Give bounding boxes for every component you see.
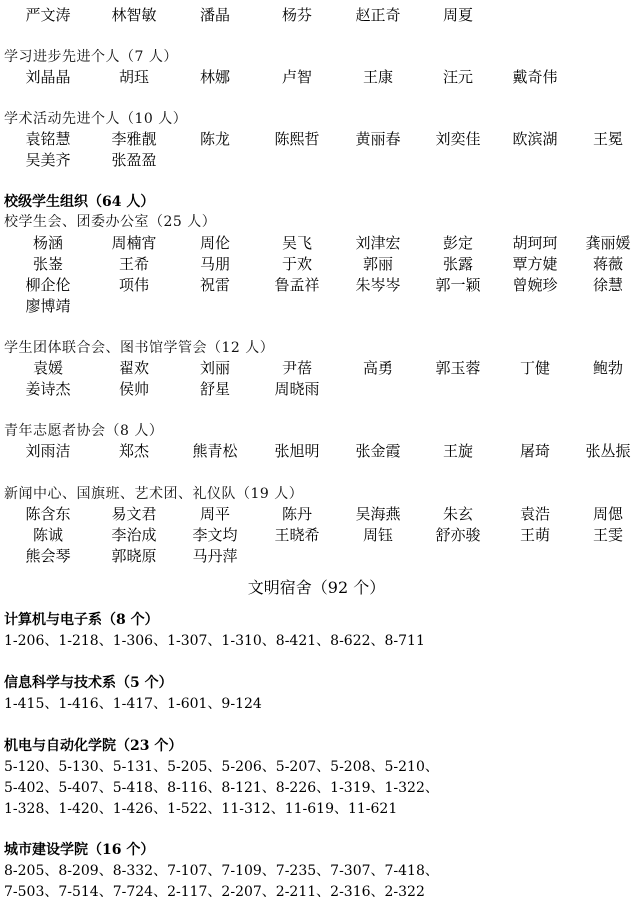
person-name: 林娜 (175, 67, 255, 87)
subsection-union: 校学生会、团委办公室（25 人） (4, 213, 216, 231)
person-name: 李雅靓 (94, 129, 174, 149)
person-name: 徐慧 (568, 275, 633, 295)
person-name: 高勇 (338, 358, 418, 378)
person-name: 姜诗杰 (8, 379, 88, 399)
dorm-room-list: 5-402、5-407、5-418、8-116、8-121、8-226、1-31… (4, 778, 439, 798)
person-name: 黄丽春 (338, 129, 418, 149)
person-name: 严文涛 (8, 5, 88, 25)
dorm-room-list: 1-415、1-416、1-417、1-601、9-124 (4, 694, 262, 714)
section-title-academic: 学术活动先进个人（10 人） (4, 110, 187, 128)
person-name: 舒星 (175, 379, 255, 399)
person-name: 张丛振 (568, 441, 633, 461)
person-name: 屠琦 (495, 441, 575, 461)
person-name: 郭一颖 (418, 275, 498, 295)
person-name: 刘丽 (175, 358, 255, 378)
person-name: 胡珂珂 (495, 233, 575, 253)
person-name: 潘晶 (175, 5, 255, 25)
person-name: 王旋 (418, 441, 498, 461)
person-name: 舒亦骏 (418, 525, 498, 545)
person-name: 郑杰 (94, 441, 174, 461)
person-name: 朱玄 (418, 504, 498, 524)
section-title-dorms: 文明宿舍（92 个） (0, 578, 633, 598)
person-name: 王康 (338, 67, 418, 87)
person-name: 周晓雨 (257, 379, 337, 399)
person-name: 熊会琴 (8, 546, 88, 566)
person-name: 卢智 (257, 67, 337, 87)
person-name: 周楠宵 (94, 233, 174, 253)
person-name: 吴飞 (257, 233, 337, 253)
dorm-room-list: 1-206、1-218、1-306、1-307、1-310、8-421、8-62… (4, 631, 425, 651)
person-name: 彭定 (418, 233, 498, 253)
person-name: 张旭明 (257, 441, 337, 461)
dorm-group-title: 城市建设学院（16 个） (4, 841, 154, 859)
name-row: 张崟王希马朋于欢郭丽张露覃方婕蒋薇 (0, 254, 633, 274)
name-row: 杨涵周楠宵周伦吴飞刘津宏彭定胡珂珂龚丽媛 (0, 233, 633, 253)
person-name: 朱岑岑 (338, 275, 418, 295)
person-name: 周偲 (568, 504, 633, 524)
person-name: 刘津宏 (338, 233, 418, 253)
name-row: 陈含东易文君周平陈丹吴海燕朱玄袁浩周偲 (0, 504, 633, 524)
dorm-room-list: 7-503、7-514、7-724、2-117、2-207、2-211、2-31… (4, 882, 425, 902)
person-name: 袁铭慧 (8, 129, 88, 149)
name-row: 姜诗杰侯帅舒星周晓雨 (0, 379, 633, 399)
person-name: 吴美齐 (8, 150, 88, 170)
name-row: 刘雨洁郑杰熊青松张旭明张金霞王旋屠琦张丛振 (0, 441, 633, 461)
person-name: 侯帅 (94, 379, 174, 399)
person-name: 周钰 (338, 525, 418, 545)
person-name: 吴海燕 (338, 504, 418, 524)
person-name: 李文均 (175, 525, 255, 545)
person-name: 柳企伦 (8, 275, 88, 295)
person-name: 陈丹 (257, 504, 337, 524)
person-name: 易文君 (94, 504, 174, 524)
person-name: 刘晶晶 (8, 67, 88, 87)
person-name: 郭丽 (338, 254, 418, 274)
person-name: 刘奕佳 (418, 129, 498, 149)
person-name: 林智敏 (94, 5, 174, 25)
person-name: 陈熙哲 (257, 129, 337, 149)
person-name: 丁健 (495, 358, 575, 378)
person-name: 赵正奇 (338, 5, 418, 25)
person-name: 鲁孟祥 (257, 275, 337, 295)
person-name: 王雯 (568, 525, 633, 545)
person-name: 覃方婕 (495, 254, 575, 274)
person-name: 张露 (418, 254, 498, 274)
person-name: 杨芬 (257, 5, 337, 25)
person-name: 戴奇伟 (495, 67, 575, 87)
person-name: 王冕 (568, 129, 633, 149)
person-name: 于欢 (257, 254, 337, 274)
name-row: 袁铭慧李雅靓陈龙陈熙哲黄丽春刘奕佳欧滨湖王冕 (0, 129, 633, 149)
dorm-room-list: 8-205、8-209、8-332、7-107、7-109、7-235、7-30… (4, 861, 439, 881)
subsection-volunteers: 青年志愿者协会（8 人） (4, 422, 163, 440)
person-name: 袁浩 (495, 504, 575, 524)
person-name: 祝雷 (175, 275, 255, 295)
person-name: 马朋 (175, 254, 255, 274)
person-name: 王萌 (495, 525, 575, 545)
name-row: 刘晶晶胡珏林娜卢智王康汪元戴奇伟 (0, 67, 633, 87)
person-name: 王晓希 (257, 525, 337, 545)
person-name: 袁媛 (8, 358, 88, 378)
person-name: 周伦 (175, 233, 255, 253)
name-row: 柳企伦项伟祝雷鲁孟祥朱岑岑郭一颖曾婉珍徐慧 (0, 275, 633, 295)
dorm-group-title: 机电与自动化学院（23 个） (4, 737, 182, 755)
person-name: 杨涵 (8, 233, 88, 253)
person-name: 曾婉珍 (495, 275, 575, 295)
person-name: 张崟 (8, 254, 88, 274)
section-title-study-progress: 学习进步先进个人（7 人） (4, 48, 178, 66)
subsection-news: 新闻中心、国旗班、艺术团、礼仪队（19 人） (4, 485, 303, 503)
name-row: 吴美齐张盈盈 (0, 150, 633, 170)
person-name: 鲍勃 (568, 358, 633, 378)
name-row: 陈诚李治成李文均王晓希周钰舒亦骏王萌王雯 (0, 525, 633, 545)
person-name: 龚丽媛 (568, 233, 633, 253)
person-name: 陈含东 (8, 504, 88, 524)
person-name: 张盈盈 (94, 150, 174, 170)
dorm-group-title: 信息科学与技术系（5 个） (4, 674, 173, 692)
person-name: 马丹萍 (175, 546, 255, 566)
person-name: 张金霞 (338, 441, 418, 461)
name-row: 袁媛翟欢刘丽尹蓓高勇郭玉蓉丁健鲍勃 (0, 358, 633, 378)
person-name: 陈诚 (8, 525, 88, 545)
person-name: 王希 (94, 254, 174, 274)
person-name: 欧滨湖 (495, 129, 575, 149)
dorm-room-list: 5-120、5-130、5-131、5-205、5-206、5-207、5-20… (4, 757, 439, 777)
name-row: 熊会琴郭晓原马丹萍 (0, 546, 633, 566)
person-name: 汪元 (418, 67, 498, 87)
person-name: 郭玉蓉 (418, 358, 498, 378)
person-name: 刘雨洁 (8, 441, 88, 461)
person-name: 翟欢 (94, 358, 174, 378)
person-name: 郭晓原 (94, 546, 174, 566)
person-name: 胡珏 (94, 67, 174, 87)
person-name: 陈龙 (175, 129, 255, 149)
person-name: 项伟 (94, 275, 174, 295)
person-name: 廖博靖 (8, 296, 88, 316)
person-name: 尹蓓 (257, 358, 337, 378)
name-row: 严文涛林智敏潘晶杨芬赵正奇周夏 (0, 5, 633, 25)
dorm-group-title: 计算机与电子系（8 个） (4, 611, 159, 629)
person-name: 熊青松 (175, 441, 255, 461)
person-name: 周平 (175, 504, 255, 524)
person-name: 周夏 (418, 5, 498, 25)
person-name: 李治成 (94, 525, 174, 545)
section-title-school-org: 校级学生组织（64 人） (4, 193, 154, 211)
name-row: 廖博靖 (0, 296, 633, 316)
person-name: 蒋薇 (568, 254, 633, 274)
subsection-clubs: 学生团体联合会、图书馆学管会（12 人） (4, 339, 274, 357)
dorm-room-list: 1-328、1-420、1-426、1-522、11-312、11-619、11… (4, 799, 397, 819)
